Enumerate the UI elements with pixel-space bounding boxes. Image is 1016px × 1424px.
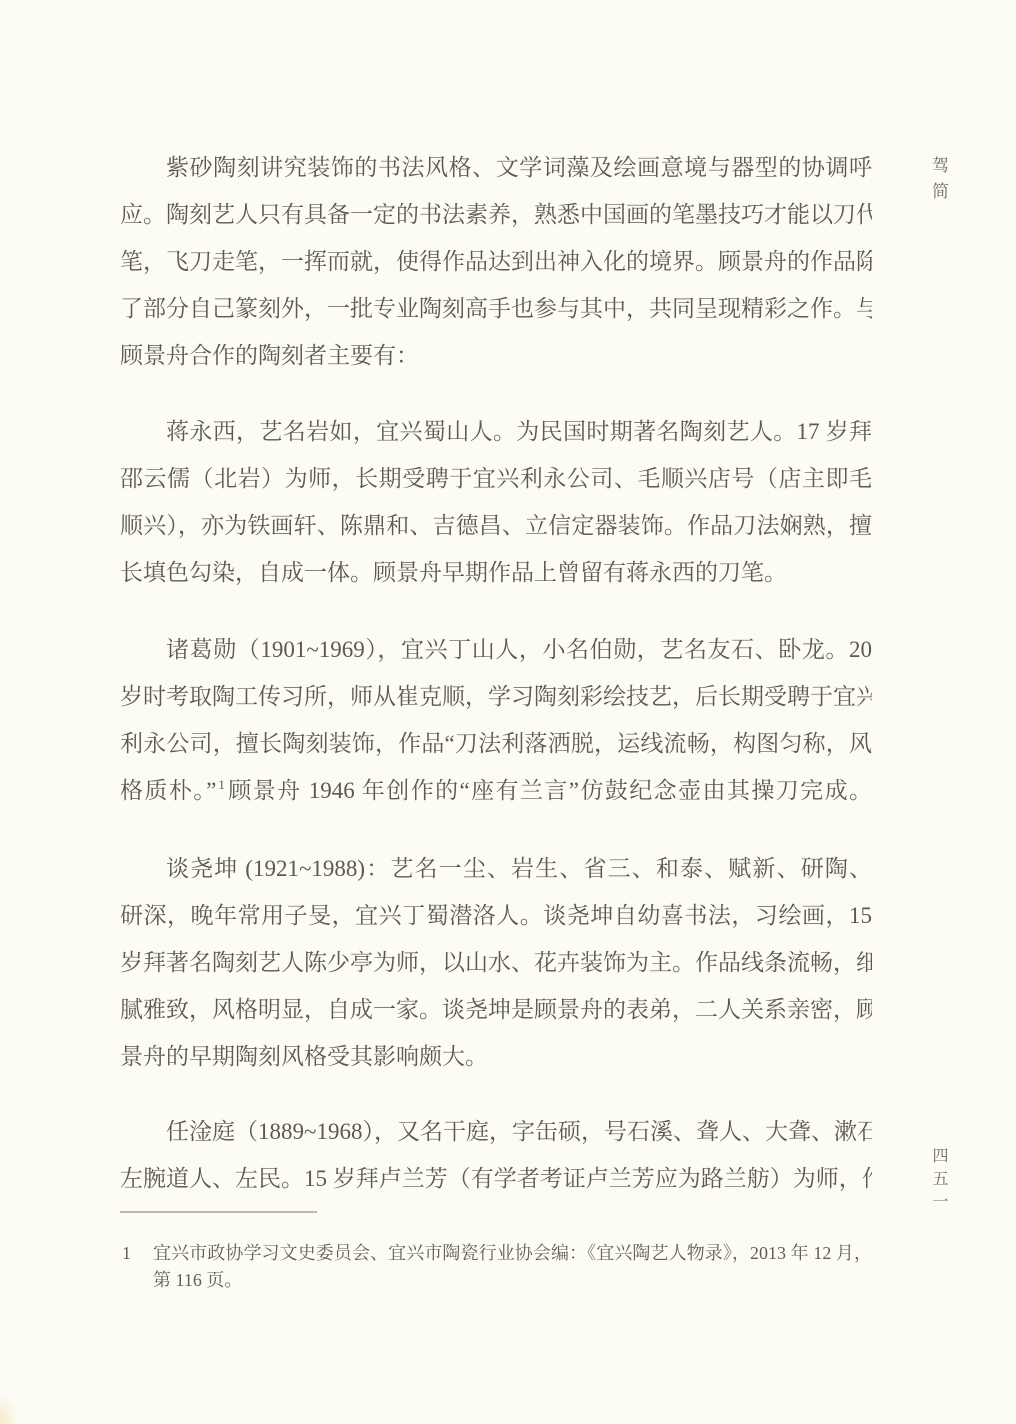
- text-line: 应。陶刻艺人只有具备一定的书法素养，熟悉中国画的笔墨技巧才能以刀代: [120, 191, 872, 238]
- text-line: 研深，晚年常用子旻，宜兴丁蜀潜洛人。谈尧坤自幼喜书法，习绘画，15: [120, 892, 872, 939]
- text-line: 利永公司，擅长陶刻装饰，作品“刀法利落洒脱，运线流畅，构图匀称，风: [120, 720, 872, 767]
- footnote-separator: [120, 1211, 317, 1213]
- text-line: 左腕道人、左民。15 岁拜卢兰芳（有学者考证卢兰芳应为路兰舫）为师，作: [120, 1155, 872, 1202]
- text-line: 腻雅致，风格明显，自成一家。谈尧坤是顾景舟的表弟，二人关系亲密，顾: [120, 986, 872, 1033]
- text-line: 了部分自己篆刻外，一批专业陶刻高手也参与其中，共同呈现精彩之作。与: [120, 285, 872, 332]
- text-line: 景舟的早期陶刻风格受其影响颇大。: [120, 1033, 872, 1080]
- footnote-line: 宜兴市政协学习文史委员会、宜兴市陶瓷行业协会编：《宜兴陶艺人物录》，2013 年…: [153, 1240, 872, 1267]
- page-number: 四五一: [927, 1147, 950, 1216]
- paragraph-jiang-yongxi: 蒋永西，艺名岩如，宜兴蜀山人。为民国时期著名陶刻艺人。17 岁拜 邵云儒（北岩）…: [120, 408, 872, 596]
- text-line: 任淦庭（1889~1968），又名干庭，字缶硕，号石溪、聋人、大聋、漱石、: [120, 1108, 872, 1155]
- paragraph-tan-yaokun: 谈尧坤 (1921~1988)：艺名一尘、岩生、省三、和泰、赋新、研陶、 研深，…: [120, 845, 872, 1080]
- footnote-reference: 1: [216, 777, 227, 792]
- text-line: 邵云儒（北岩）为师，长期受聘于宜兴利永公司、毛顺兴店号（店主即毛: [120, 455, 872, 502]
- book-page: 驾简 紫砂陶刻讲究装饰的书法风格、文学词藻及绘画意境与器型的协调呼 应。陶刻艺人…: [0, 0, 1016, 1424]
- paragraph-ren-gantíng: 任淦庭（1889~1968），又名干庭，字缶硕，号石溪、聋人、大聋、漱石、 左腕…: [120, 1108, 872, 1202]
- footnote: 1 宜兴市政协学习文史委员会、宜兴市陶瓷行业协会编：《宜兴陶艺人物录》，2013…: [120, 1240, 872, 1294]
- text-segment: 格质朴。”: [120, 778, 216, 803]
- text-line: 笔，飞刀走笔，一挥而就，使得作品达到出神入化的境界。顾景舟的作品除: [120, 238, 872, 285]
- text-line: 顺兴），亦为铁画轩、陈鼎和、吉德昌、立信定器装饰。作品刀法娴熟，擅: [120, 502, 872, 549]
- text-line: 蒋永西，艺名岩如，宜兴蜀山人。为民国时期著名陶刻艺人。17 岁拜: [120, 408, 872, 455]
- scan-blemish: [0, 1394, 18, 1424]
- text-line: 格质朴。”1顾景舟 1946 年创作的“座有兰言”仿鼓纪念壶由其操刀完成。: [120, 767, 872, 814]
- text-line: 长填色勾染，自成一体。顾景舟早期作品上曾留有蒋永西的刀笔。: [120, 549, 872, 596]
- text-line: 顾景舟合作的陶刻者主要有：: [120, 332, 872, 379]
- paragraph-intro: 紫砂陶刻讲究装饰的书法风格、文学词藻及绘画意境与器型的协调呼 应。陶刻艺人只有具…: [120, 144, 872, 379]
- paragraph-zhuge-xun: 诸葛勋（1901~1969），宜兴丁山人，小名伯勋，艺名友石、卧龙。20 岁时考…: [120, 626, 872, 814]
- running-head: 驾简: [926, 156, 951, 208]
- footnote-line: 第 116 页。: [153, 1267, 872, 1294]
- text-line: 紫砂陶刻讲究装饰的书法风格、文学词藻及绘画意境与器型的协调呼: [120, 144, 872, 191]
- text-segment: 顾景舟 1946 年创作的“座有兰言”仿鼓纪念壶由其操刀完成。: [227, 778, 872, 803]
- text-line: 谈尧坤 (1921~1988)：艺名一尘、岩生、省三、和泰、赋新、研陶、: [120, 845, 872, 892]
- footnote-marker: 1: [122, 1240, 131, 1267]
- text-line: 岁拜著名陶刻艺人陈少亭为师，以山水、花卉装饰为主。作品线条流畅，细: [120, 939, 872, 986]
- text-line: 岁时考取陶工传习所，师从崔克顺，学习陶刻彩绘技艺，后长期受聘于宜兴: [120, 673, 872, 720]
- text-line: 诸葛勋（1901~1969），宜兴丁山人，小名伯勋，艺名友石、卧龙。20: [120, 626, 872, 673]
